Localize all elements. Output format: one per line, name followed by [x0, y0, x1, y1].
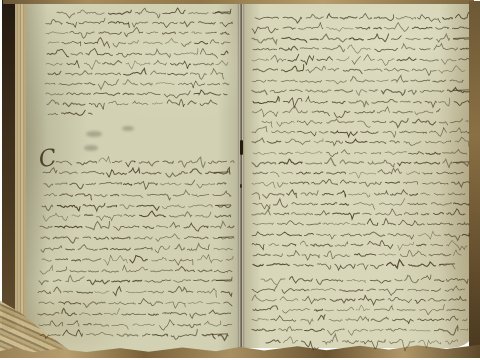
ink-bleed-mark [122, 126, 134, 131]
paragraph-initial-letter: C [37, 147, 58, 173]
ink-bleed-mark [84, 145, 98, 151]
handwriting-paragraph-right_page-p2 [252, 119, 469, 271]
handwriting-paragraph-left_page-p2 [38, 157, 234, 341]
handwriting-paragraph-right_page-p3 [252, 275, 468, 351]
manuscript-scan: C [0, 0, 480, 360]
handwriting-ink-layer [0, 0, 480, 360]
handwriting-paragraph-left_page-p1 [45, 8, 232, 115]
ink-bleed-mark [86, 131, 102, 137]
handwriting-paragraph-right_page-p1 [252, 12, 469, 117]
